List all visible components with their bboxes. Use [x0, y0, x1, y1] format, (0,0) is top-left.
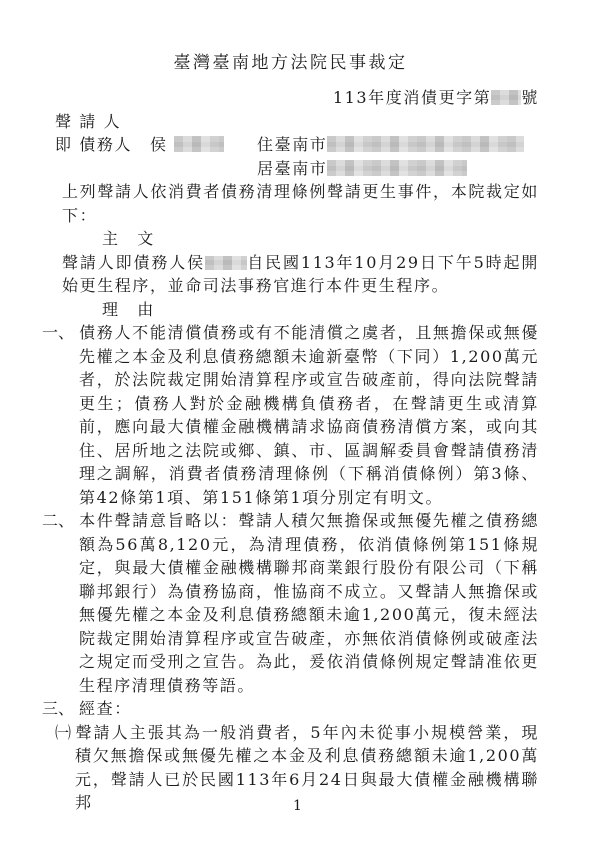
reason-paragraph-3: 三、經查：	[42, 697, 539, 721]
paragraph-3-text: 經查：	[79, 699, 132, 718]
case-number-line: 113年度消債更字第號	[42, 86, 539, 110]
preamble-text: 上列聲請人依消費者債務清理條例聲請更生事件，本院裁定如下：	[62, 180, 539, 227]
dwelling-row: 居臺南市	[55, 157, 539, 181]
redacted-residence-address	[327, 136, 524, 152]
applicant-role-label: 聲 請 人	[55, 110, 150, 134]
document-body: 臺灣臺南地方法院民事裁定 113年度消債更字第號 聲 請 人 即 債務人 侯 住…	[0, 53, 595, 815]
redacted-debtor-name-inline	[205, 256, 247, 270]
debtor-surname: 侯	[150, 135, 168, 154]
case-number-suffix: 號	[521, 88, 539, 107]
court-title: 臺灣臺南地方法院民事裁定	[42, 53, 539, 73]
residence-address-label: 住臺南市	[257, 135, 327, 154]
paragraph-3-marker: 三、	[42, 697, 79, 721]
main-text-heading: 主 文	[102, 227, 539, 251]
debtor-row: 即 債務人 侯 住臺南市	[55, 133, 539, 157]
sub-paragraph-1-marker: ㈠	[55, 721, 75, 745]
residence-address: 住臺南市	[257, 133, 524, 157]
redacted-debtor-given-name	[174, 136, 224, 152]
debtor-name: 侯	[150, 133, 257, 157]
ruling-text: 聲請人即債務人侯自民國113年10月29日下午5時起開始更生程序，並命司法事務官…	[62, 251, 539, 298]
applicant-row: 聲 請 人	[55, 110, 539, 134]
reason-paragraph-2: 二、本件聲請意旨略以：聲請人積欠無擔保或無優先權之債務總額為56萬8,120元，…	[42, 509, 539, 697]
reason-paragraph-1: 一、債務人不能清償債務或有不能清償之虞者，且無擔保或無優先權之本金及利息債務總額…	[42, 321, 539, 509]
paragraph-2-text: 本件聲請意旨略以：聲請人積欠無擔保或無優先權之債務總額為56萬8,120元，為清…	[79, 511, 539, 695]
page-number: 1	[0, 798, 595, 814]
redacted-dwelling-address	[327, 160, 467, 176]
reasons-heading: 理 由	[102, 298, 539, 322]
dwelling-name-spacer	[150, 157, 257, 181]
dwelling-address: 居臺南市	[257, 157, 467, 181]
paragraph-1-text: 債務人不能清償債務或有不能清償之虞者，且無擔保或無優先權之本金及利息債務總額未逾…	[79, 323, 539, 507]
court-ruling-page: 臺灣臺南地方法院民事裁定 113年度消債更字第號 聲 請 人 即 債務人 侯 住…	[0, 0, 595, 842]
redacted-case-number	[491, 90, 521, 105]
dwelling-address-label: 居臺南市	[257, 159, 327, 178]
case-number-prefix: 113年度消債更字第	[333, 88, 492, 107]
paragraph-2-marker: 二、	[42, 509, 79, 533]
dwelling-role-spacer	[55, 157, 150, 181]
debtor-role-label: 即 債務人	[55, 133, 150, 157]
ruling-text-before: 聲請人即債務人侯	[62, 253, 205, 272]
paragraph-1-marker: 一、	[42, 321, 79, 345]
